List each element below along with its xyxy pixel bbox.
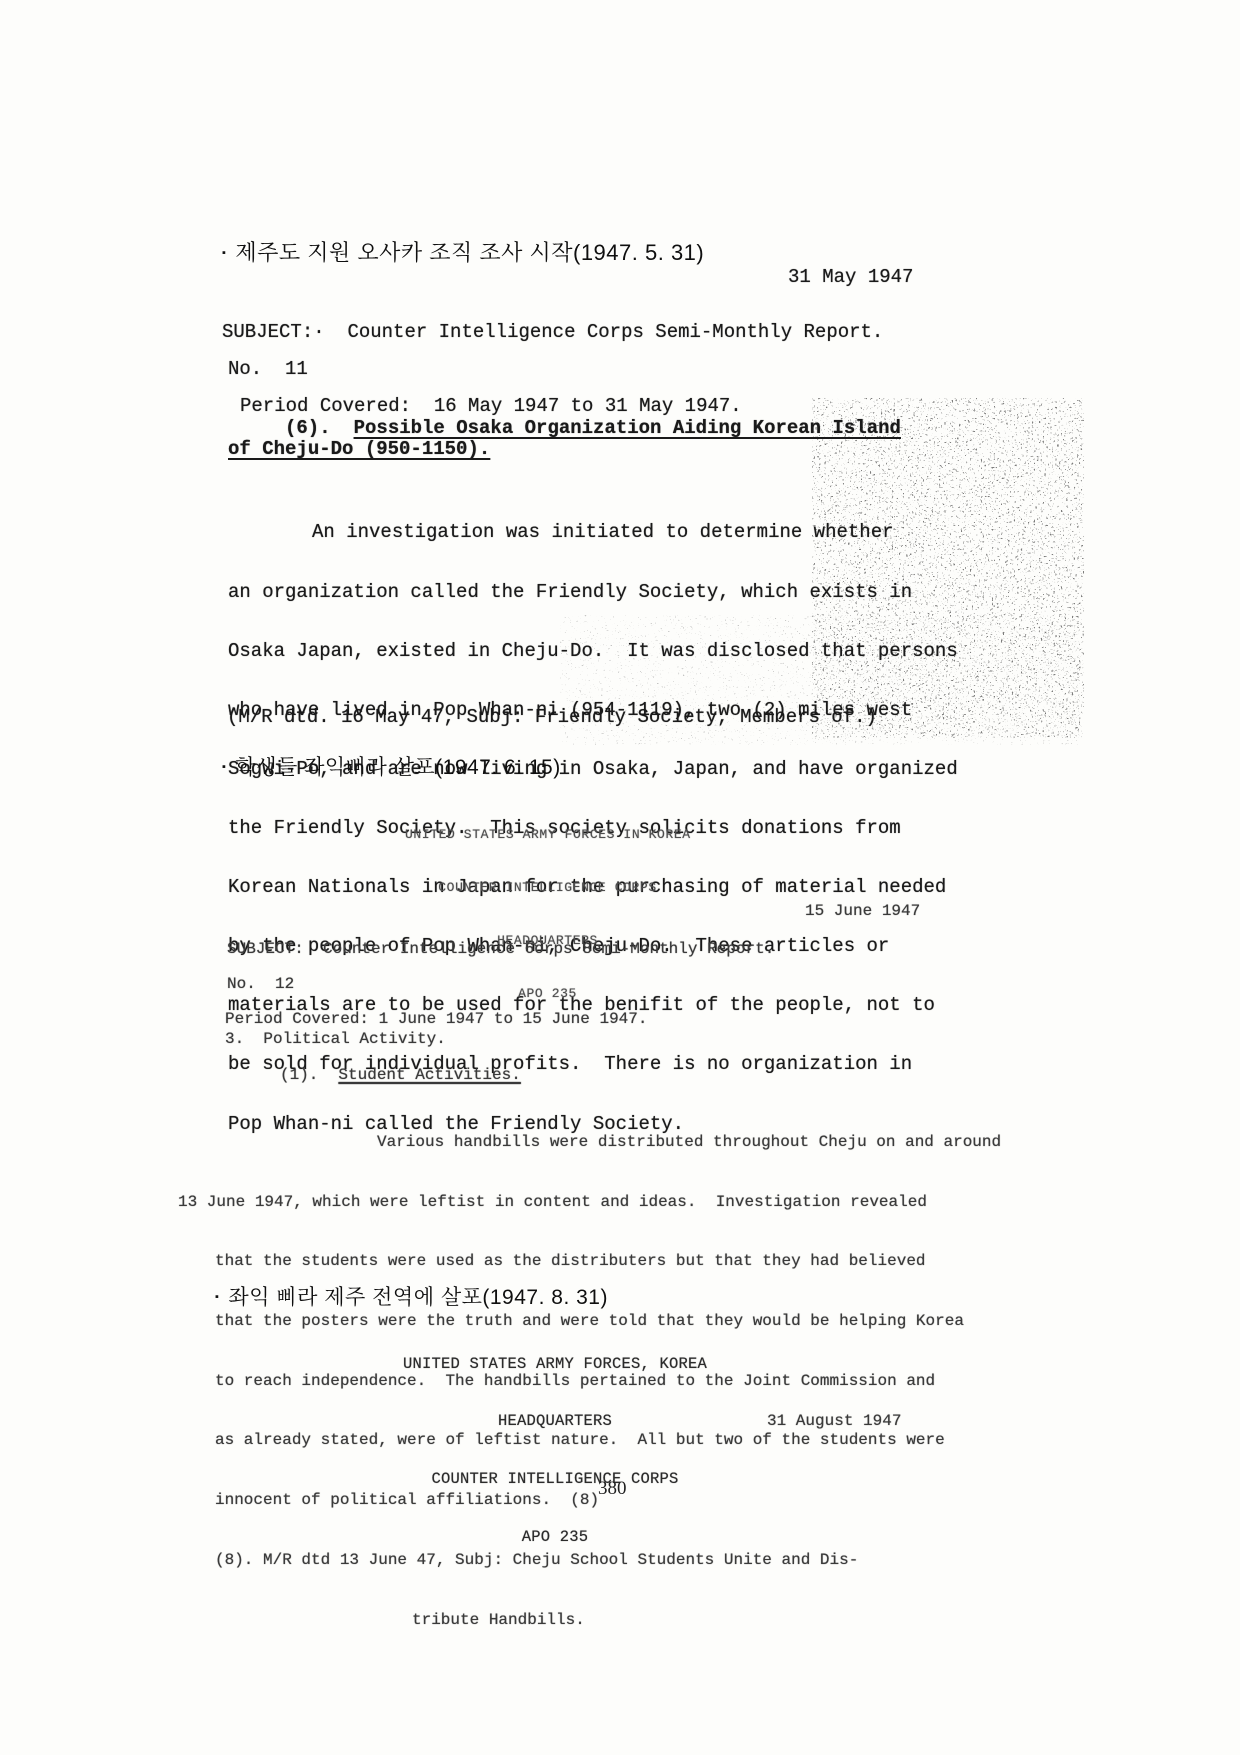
report1-line: an organization called the Friendly Soci… (228, 583, 958, 603)
report3-date: 31 August 1947 (767, 1412, 901, 1432)
report1-line: An investigation was initiated to determ… (228, 523, 958, 543)
report1-subject-text: Counter Intelligence Corps Semi-Monthly … (347, 321, 883, 343)
letterhead-line: COUNTER INTELLIGENCE CORPS (400, 1470, 710, 1489)
finding-number: (6). (285, 417, 331, 439)
korean-annotation-3-text: 좌익 삐라 제주 전역에 살포(1947. 8. 31) (228, 1286, 608, 1309)
finding-title-part1: Possible Osaka Organization Aiding Korea… (354, 417, 901, 439)
report1-period: Period Covered: 16 May 1947 to 31 May 19… (240, 397, 742, 417)
report2-line: that the students were used as the distr… (215, 1252, 1001, 1272)
korean-annotation-2-text: 학생들 좌익삐라 살포(1947. 6. 15) (235, 756, 560, 779)
usafik-letterhead-2: UNITED STATES ARMY FORCES, KOREA HEADQUA… (400, 1316, 710, 1586)
report2-subject: SUBJECT: Counter Intelligence 6orps 8emi… (227, 940, 774, 960)
report2-subject-text: Counter Intelligence 6orps 8emi-Monthly … (323, 940, 774, 958)
letterhead-line: UNITED STATES ARMY FORCES, KOREA (400, 1355, 710, 1374)
report2-line: 13 June 1947, which were leftist in cont… (178, 1193, 1001, 1213)
sub-item-number: (1). (280, 1066, 318, 1084)
korean-annotation-1-text: 제주도 지원 오사카 조직 조사 시작(1947. 5. 31) (235, 240, 704, 265)
report1-date: 31 May 1947 (788, 268, 913, 288)
report2-reference-line2: tribute Handbills. (215, 1611, 1001, 1631)
letterhead-line: HEADQUARTERS (400, 1412, 710, 1431)
sub-item-title: Student Activities. (338, 1066, 520, 1084)
student-activities-heading: (1).Student Activities. (280, 1066, 521, 1086)
scanned-document-page: ▪제주도 지원 오사카 조직 조사 시작(1947. 5. 31) 31 May… (0, 0, 1240, 1755)
letterhead-line: APO 235 (405, 985, 690, 1003)
korean-annotation-3: ▪좌익 삐라 제주 전역에 살포(1947. 8. 31) (215, 1281, 608, 1311)
political-activity-heading: 3. Political Activity. (225, 1030, 446, 1050)
report2-date: 15 June 1947 (805, 902, 920, 922)
report1-subject-label: SUBJECT:· (222, 321, 325, 343)
report2-period: Period Covered: 1 June 1947 to 15 June 1… (225, 1010, 647, 1030)
finding-title-part2: of Cheju-Do (950-1150). (228, 438, 490, 460)
letterhead-line: COUNTER INTELLIGENCE CORPS (405, 879, 690, 897)
bullet-square-icon: ▪ (215, 1291, 219, 1303)
korean-annotation-1: ▪제주도 지원 오사카 조직 조사 시작(1947. 5. 31) (222, 236, 704, 267)
bullet-square-icon: ▪ (222, 761, 226, 773)
usafik-letterhead-1: UNITED STATES ARMY FORCES IN KOREA COUNT… (405, 791, 690, 1037)
korean-annotation-2: ▪학생들 좌익삐라 살포(1947. 6. 15) (222, 751, 561, 781)
letterhead-line: UNITED STATES ARMY FORCES IN KOREA (405, 826, 690, 844)
report2-number: No. 12 (227, 975, 294, 995)
report1-subject: SUBJECT:· Counter Intelligence Corps Sem… (222, 323, 883, 343)
report2-line: Various handbills were distributed throu… (215, 1133, 1001, 1153)
report1-finding-heading-line2: of Cheju-Do (950-1150). (228, 440, 490, 460)
report1-finding-heading-line1: (6).Possible Osaka Organization Aiding K… (285, 419, 901, 439)
report1-reference: (M/R dtd. 16 May 47, Subj: Friendly Soci… (227, 708, 877, 728)
report1-number: No. 11 (228, 360, 308, 380)
letterhead-line: APO 235 (400, 1528, 710, 1547)
page-number: 380 (598, 1478, 627, 1500)
bullet-square-icon: ▪ (222, 247, 226, 259)
report2-subject-label: SUBJECT: (227, 940, 304, 958)
report1-line: Osaka Japan, existed in Cheju-Do. It was… (228, 642, 958, 662)
